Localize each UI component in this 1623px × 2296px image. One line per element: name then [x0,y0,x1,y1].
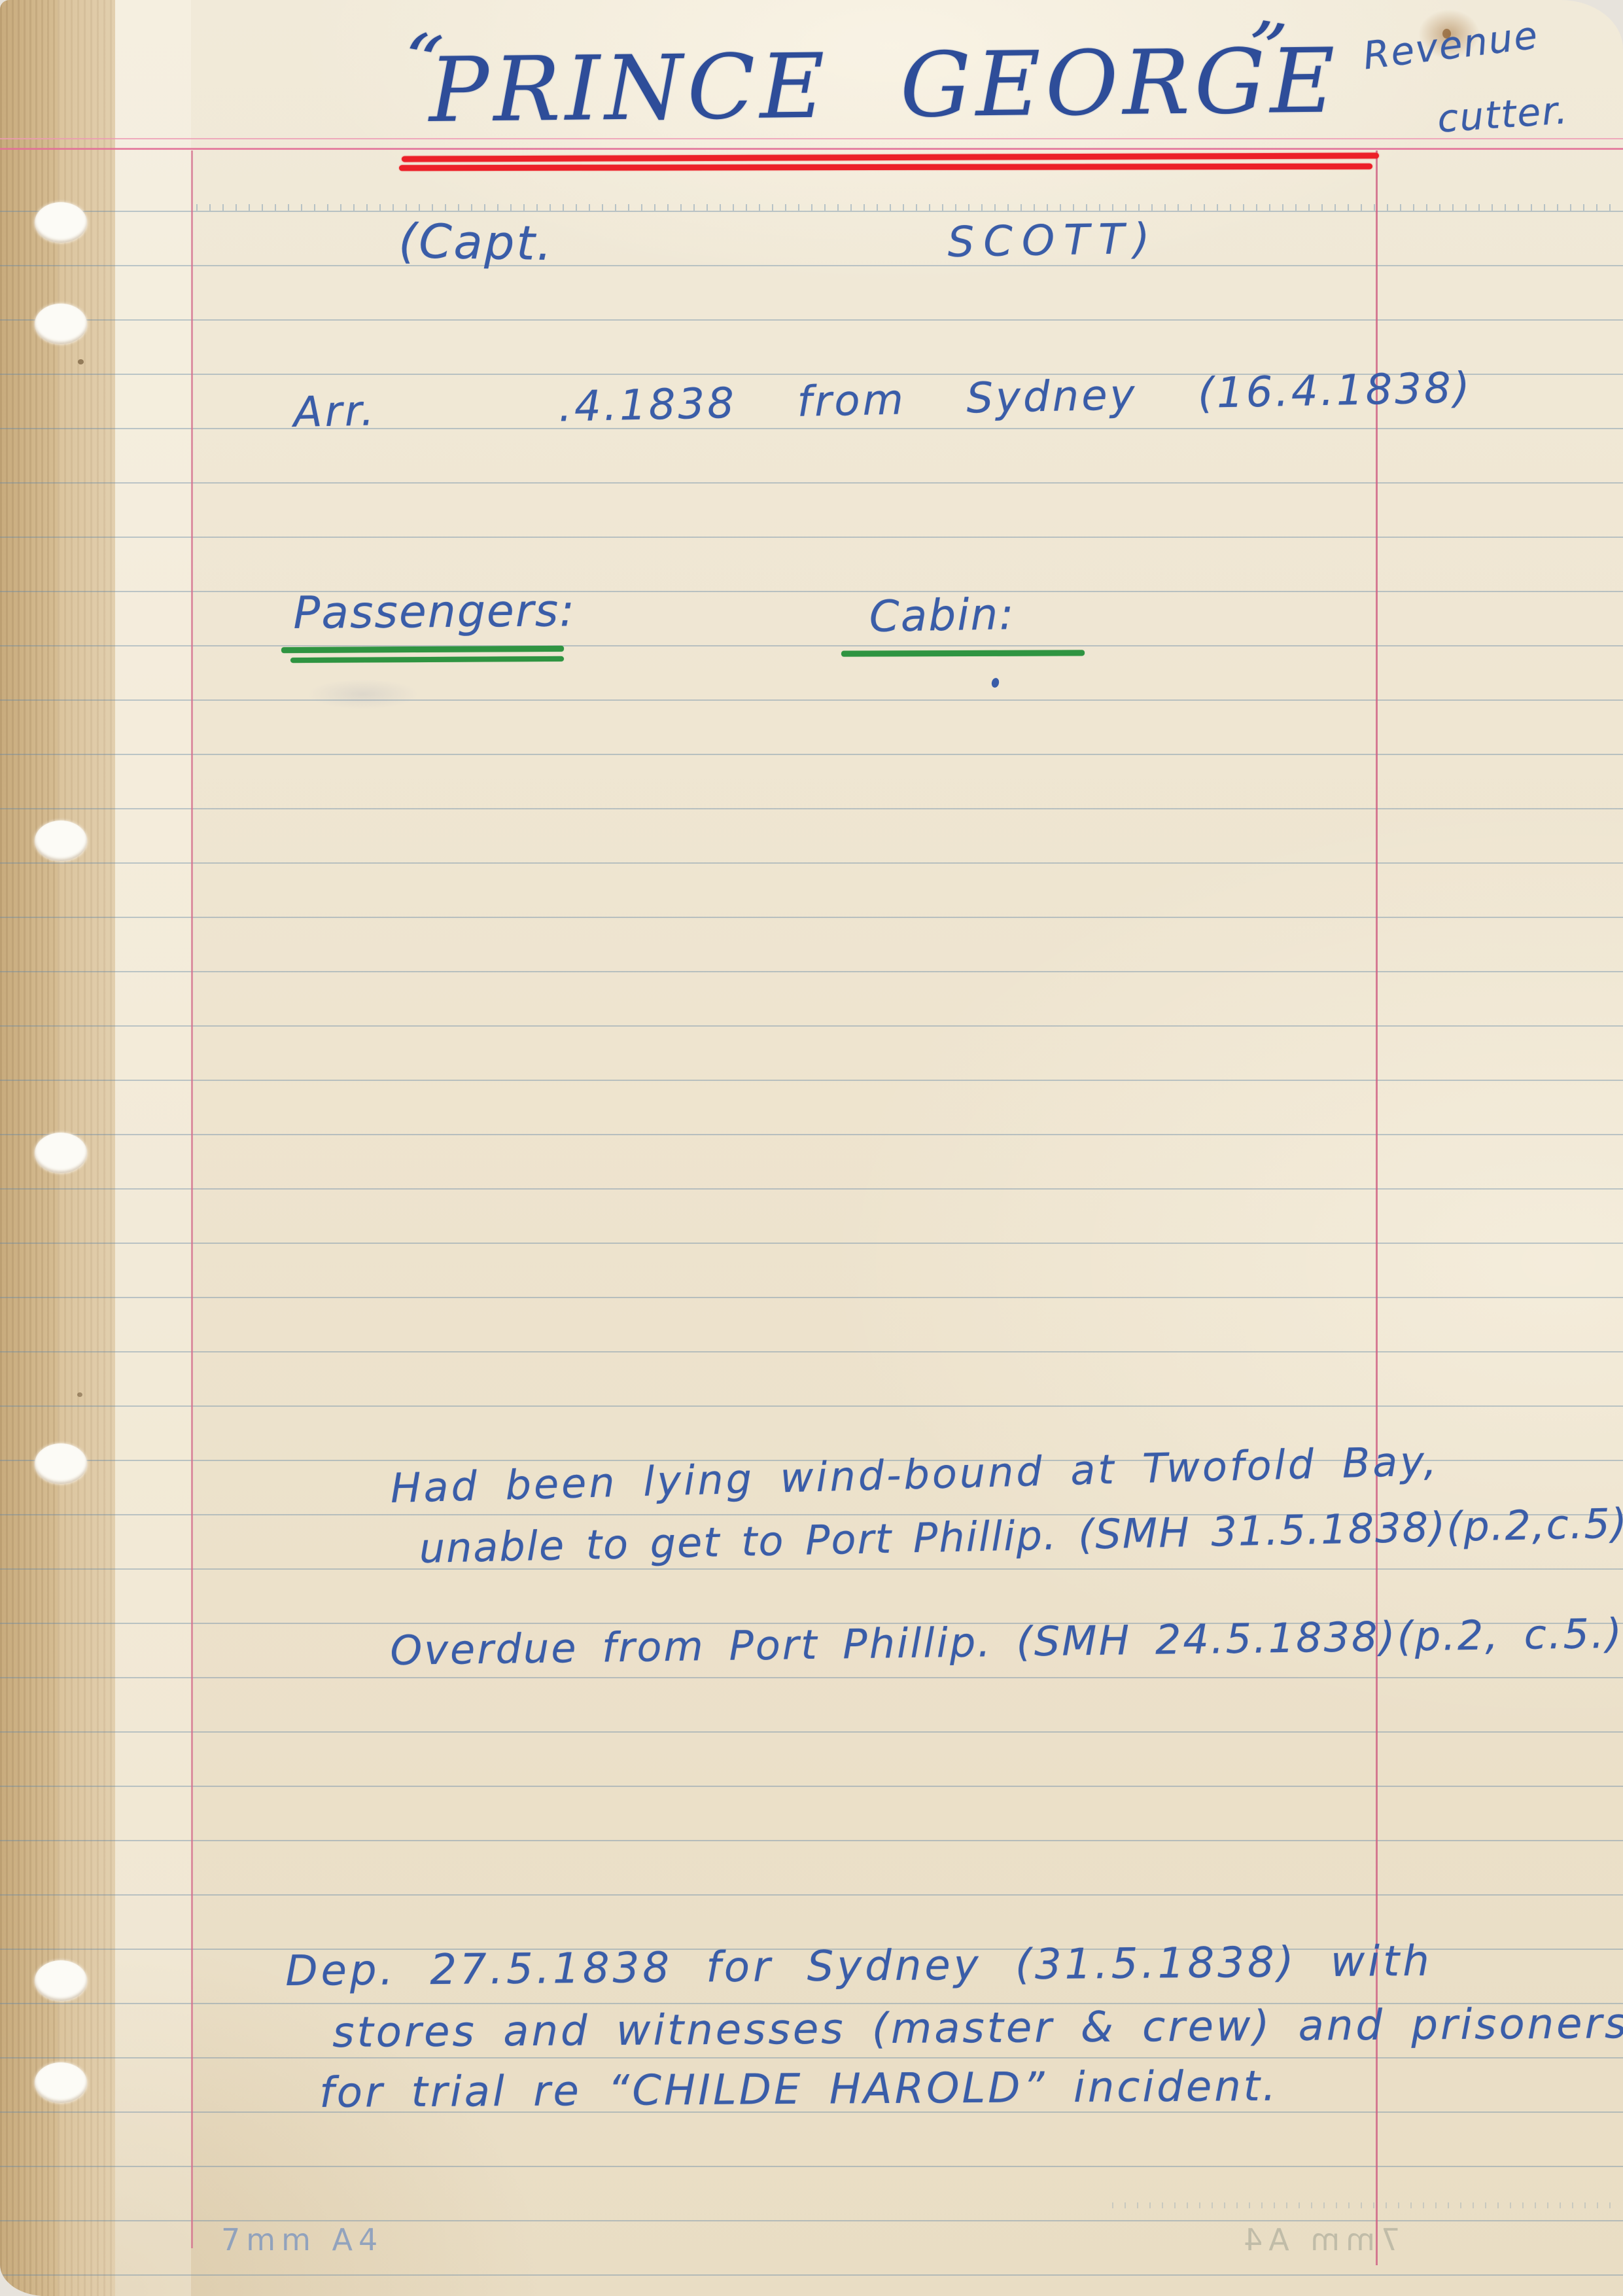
passengers-label: Passengers: [293,585,576,639]
header-rule-thick [0,148,1623,150]
punch-hole-7 [35,2062,87,2103]
margin-line-left [191,150,193,2248]
pencil-smudge [307,679,419,709]
tick-marks-header-line [196,204,1616,211]
captain-prefix: (Capt. [398,213,555,271]
ship-title: PRINCE GEORGE [428,29,1340,143]
tick-marks-showthrough [1112,2202,1616,2208]
departure-entry-line1: Dep. 27.5.1838 for Sydney (31.5.1838) wi… [285,1937,1433,1996]
punch-hole-2 [35,304,87,344]
annotation-cutter: cutter. [1436,88,1570,141]
punch-hole-5 [35,1443,87,1484]
scanner-background: “ PRINCE GEORGE ” Revenue cutter. (Capt.… [0,0,1623,2296]
title-underline-2 [399,164,1372,171]
departure-entry-line2: stores and witnesses (master & crew) and… [332,2000,1623,2057]
captain-name: SCOTT) [947,215,1159,267]
notepad-page: “ PRINCE GEORGE ” Revenue cutter. (Capt.… [0,0,1623,2296]
ink-speck-2 [77,1392,82,1397]
punch-hole-1 [35,202,87,243]
ink-speck-1 [78,359,84,364]
departure-entry-line3: for trial re “CHILDE HAROLD” incident. [319,2062,1278,2117]
paper-spec-showthrough: 7mm A4 [1238,2222,1400,2257]
cabin-underline [841,650,1085,656]
punch-hole-4 [35,1133,87,1173]
punch-hole-3 [35,821,87,861]
punch-hole-6 [35,1960,87,2001]
cabin-label: Cabin: [869,589,1015,642]
paper-spec-print: 7mm A4 [221,2222,383,2257]
title-underline-1 [402,152,1379,162]
